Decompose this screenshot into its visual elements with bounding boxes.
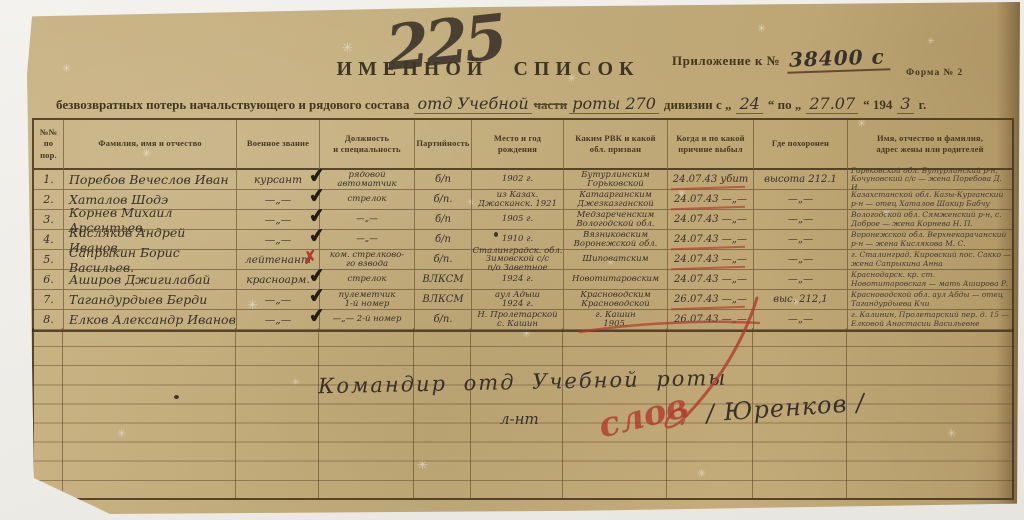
subtitle-struck-word: части: [534, 97, 567, 113]
rank-text: лейтенант: [245, 254, 311, 266]
table-cell: 3.: [34, 210, 64, 230]
header-cell: Когда и по какой причине выбыл: [668, 120, 754, 170]
table-cell: 8.: [34, 310, 64, 330]
table-cell: —„—: [754, 310, 848, 330]
table-cell: —„—: [754, 270, 848, 290]
table-cell: рядовой автоматчик: [320, 170, 415, 190]
table-cell: 1902 г.: [472, 170, 564, 190]
scanned-document: ✳ ✳ ✳ ✳ ✳ ✳ ✳ ✳ ✳ ✳ ✳ ✳ ✳ ✳ ✳ ✳ ✳ ✳ ✳ ✳ …: [0, 0, 1024, 520]
table-cell: высота 212.1: [754, 170, 848, 190]
header-cell: №№ по пор.: [34, 120, 64, 170]
header-cell: Где похоронен: [754, 120, 848, 170]
form-number: Форма № 2: [906, 68, 963, 78]
table-cell: 26.07.43 —„—: [668, 290, 754, 310]
subtitle-date-to: 27.07: [806, 94, 858, 114]
rank-text: —„—: [265, 214, 291, 226]
subtitle-printed-g: г.: [919, 97, 927, 113]
table-cell: б/п.: [415, 250, 472, 270]
header-cell: Место и год рождения: [472, 120, 564, 170]
table-cell: 1905 г.: [472, 210, 564, 230]
paper-sheet: ✳ ✳ ✳ ✳ ✳ ✳ ✳ ✳ ✳ ✳ ✳ ✳ ✳ ✳ ✳ ✳ ✳ ✳ ✳ ✳ …: [22, 2, 1022, 516]
table-cell: Шиповатским: [564, 250, 668, 270]
table-cell: —„—: [320, 210, 415, 230]
subtitle-printed-po: “ по „: [768, 97, 802, 113]
header-cell: Партийность: [415, 120, 472, 170]
header-cell: Имя, отчество и фамилия, адрес жены или …: [848, 120, 1012, 170]
table-cell: б/п: [415, 230, 472, 250]
checkmark-icon: ✔: [308, 224, 327, 248]
table-cell: —„—✔: [237, 230, 320, 250]
table-cell: ВЛКСМ: [415, 270, 472, 290]
table-cell: Казахстанской обл. Казы-Курганский р-н —…: [848, 190, 1012, 210]
header-cell: Фамилия, имя и отчество: [64, 120, 237, 170]
table-cell: 24.07.43 убит: [668, 170, 754, 190]
table-cell: 2.: [34, 190, 64, 210]
table-cell: 26.07.43 —„—: [668, 310, 754, 330]
table-cell: 24.07.43 —„—: [668, 250, 754, 270]
subtitle-printed-division: дивизии с „: [664, 97, 732, 113]
document-title: ИМЕННОЙ СПИСОК: [278, 58, 698, 81]
table-cell: Вязниковским Воронежской обл.: [564, 230, 668, 250]
table-cell: Красноводской обл. аул Абды — отец Таган…: [848, 290, 1012, 310]
table-cell: ком. стрелково- го взвода: [320, 250, 415, 270]
subtitle-printed-year: “ 194: [863, 97, 892, 113]
table-cell: Аширов Джигилабай: [64, 270, 237, 290]
document-subtitle: безвозвратных потерь начальствующего и р…: [56, 94, 926, 114]
table-cell: —„— 2-й номер: [320, 310, 415, 330]
header-cell: Военное звание: [237, 120, 320, 170]
table-cell: 6.: [34, 270, 64, 290]
table-cell: выс. 212,1: [754, 290, 848, 310]
table-cell: г. Кашин 1905.: [564, 310, 668, 330]
table-cell: Н. Пролетарской с. Кашин: [472, 310, 564, 330]
table-cell: г. Калинин, Пролетарский пер. д. 15 — Ел…: [848, 310, 1012, 330]
table-cell: стрелок: [320, 270, 415, 290]
table-cell: 5.: [34, 250, 64, 270]
table-cell: —„—✔: [237, 310, 320, 330]
watermark-star-icon: ✳: [342, 40, 353, 56]
checkmark-icon: ✔: [308, 304, 327, 328]
subtitle-handwritten-unit: отд Учебной: [414, 94, 531, 114]
rank-text: —„—: [265, 234, 291, 246]
watermark-star-icon: ✳: [62, 62, 71, 75]
table-cell: б/п.: [415, 190, 472, 210]
table-cell: —„—: [754, 230, 848, 250]
rank-text: красноарм.: [246, 274, 309, 286]
table-cell: б/п.: [415, 310, 472, 330]
subtitle-printed-text: безвозвратных потерь начальствующего и р…: [56, 97, 409, 113]
table-cell: 24.07.43 —„—: [668, 190, 754, 210]
rank-text: —„—: [265, 194, 291, 206]
attachment-line: Приложение к № 38400 с: [672, 46, 890, 72]
table-cell: ВЛКСМ: [415, 290, 472, 310]
subtitle-year-digit: 3: [897, 94, 913, 114]
losses-table: №№ по пор. Фамилия, имя и отчество Военн…: [32, 118, 1014, 332]
table-cell: Красноводским Красноводской: [564, 290, 668, 310]
table-cell: Бутурлинским Горьковской: [564, 170, 668, 190]
table-cell: 1924 г.: [472, 270, 564, 290]
table-cell: б/п: [415, 210, 472, 230]
watermark-star-icon: ✳: [927, 36, 935, 47]
table-cell: —„—: [754, 210, 848, 230]
table-cell: стрелок: [320, 190, 415, 210]
attachment-number: 38400 с: [787, 44, 891, 74]
rank-text: —„—: [265, 314, 291, 326]
table-cell: аул Адыш 1924 г.: [472, 290, 564, 310]
paper-edge-shading: [996, 2, 1022, 516]
table-cell: —„—: [754, 190, 848, 210]
table-cell: Новотитаровским: [564, 270, 668, 290]
table-cell: пулеметчик 1-й номер: [320, 290, 415, 310]
rank-text: курсант: [254, 174, 302, 186]
table-cell: Поребов Вечеслов Иван: [64, 170, 237, 190]
watermark-star-icon: ✳: [757, 22, 766, 35]
subtitle-handwritten-unit2: роты 270: [569, 94, 659, 114]
table-cell: —„—: [754, 250, 848, 270]
header-cell: Должность и специальность: [320, 120, 415, 170]
table-cell: 7.: [34, 290, 64, 310]
table-cell: 24.07.43 —„—: [668, 230, 754, 250]
table-cell: Катаарганским Джезказганской: [564, 190, 668, 210]
table-cell: Сапрыкин Борис Васильев.: [64, 250, 237, 270]
table-cell: Краснодарск. кр. ст. Новотитаровская — м…: [848, 270, 1012, 290]
table-cell: г. Сталинград, Кировский пос. Сакко — же…: [848, 250, 1012, 270]
table-cell: Горьковской обл. Бутурлинский р-н, Кочун…: [848, 170, 1012, 190]
table-cell: Тагандурдыев Берди: [64, 290, 237, 310]
header-cell: Каким РВК и какой обл. призван: [564, 120, 668, 170]
table-cell: Воронежской обл. Верхнекарачанский р-н —…: [848, 230, 1012, 250]
table-cell: 4.: [34, 230, 64, 250]
rank-abbreviation: л-нт: [500, 410, 539, 428]
table-cell: Сталинградск. обл. Зимовской с/с п/о Зав…: [472, 250, 564, 270]
subtitle-date-from: 24: [736, 94, 762, 114]
table-cell: из Казах. Джасканск. 1921: [472, 190, 564, 210]
table-cell: Медзареченским Вологодской обл.: [564, 210, 668, 230]
table-cell: 24.07.43 —„—: [668, 210, 754, 230]
table-cell: 24.07.43 —„—: [668, 270, 754, 290]
table-cell: Вологодской обл. Сямженский р-н, с. Добр…: [848, 210, 1012, 230]
table-cell: 1.: [34, 170, 64, 190]
rank-text: —„—: [265, 294, 291, 306]
table-cell: —„—: [320, 230, 415, 250]
table-cell: Елков Александр Иванов: [64, 310, 237, 330]
table-cell: б/п: [415, 170, 472, 190]
